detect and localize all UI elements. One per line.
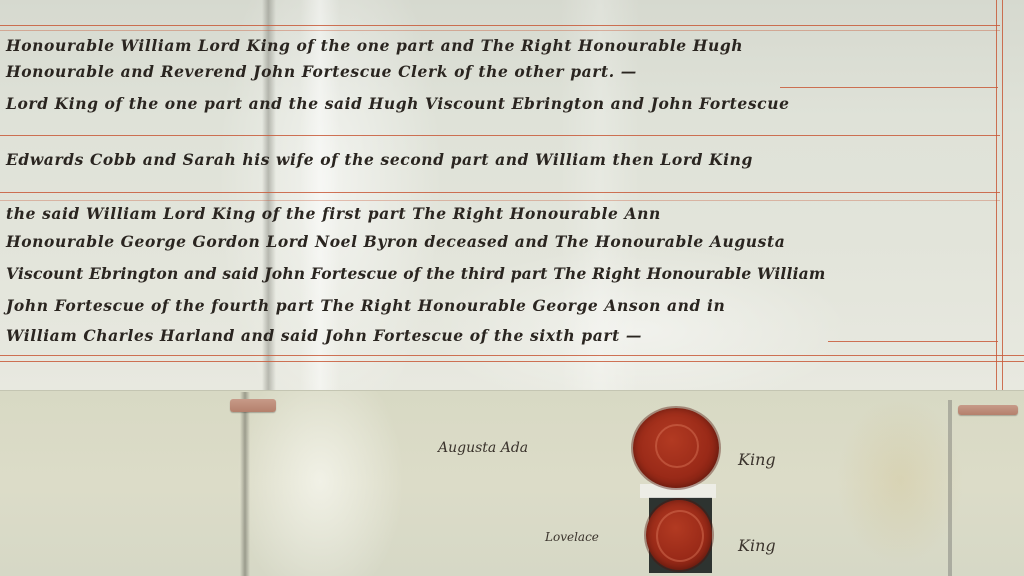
lower-fold-crease <box>240 392 250 576</box>
deed-text-line: the said William Lord King of the first … <box>6 204 661 223</box>
ruled-line <box>0 192 1000 193</box>
seal-impression <box>655 424 699 468</box>
signature-king-upper: King <box>738 450 776 469</box>
parchment-document: Honourable William Lord King of the one … <box>0 0 1024 576</box>
margin-rule <box>996 0 997 395</box>
lower-wax-seal <box>646 500 712 570</box>
signature-lovelace: Lovelace <box>545 530 599 544</box>
signature-augusta-ada: Augusta Ada <box>438 440 528 456</box>
seal-impression <box>656 510 704 562</box>
ruled-line <box>0 355 1024 356</box>
upper-wax-seal <box>633 408 719 488</box>
right-fold-crease <box>948 400 952 576</box>
parchment-tag-left <box>230 399 276 412</box>
deed-text-line: Honourable and Reverend John Fortescue C… <box>6 62 637 81</box>
ruled-line <box>0 30 1000 31</box>
margin-rule <box>1002 0 1003 395</box>
ruled-line <box>0 25 1000 26</box>
signature-king-lower: King <box>738 536 776 555</box>
deed-text-line: Edwards Cobb and Sarah his wife of the s… <box>6 150 753 169</box>
parchment-lower-fold <box>0 390 1024 576</box>
ruled-line <box>0 200 1000 201</box>
parchment-tag-right <box>958 405 1018 415</box>
deed-text-line: William Charles Harland and said John Fo… <box>6 326 642 345</box>
ruled-line <box>780 87 998 88</box>
deed-text-line: Honourable William Lord King of the one … <box>6 36 743 55</box>
ruled-line <box>828 341 998 342</box>
ruled-line <box>0 361 1024 362</box>
deed-text-line: Lord King of the one part and the said H… <box>6 94 790 113</box>
deed-text-line: John Fortescue of the fourth part The Ri… <box>6 296 725 315</box>
ruled-line <box>0 135 1000 136</box>
deed-text-line: Honourable George Gordon Lord Noel Byron… <box>6 232 785 251</box>
deed-text-line: Viscount Ebrington and said John Fortesc… <box>6 264 826 283</box>
